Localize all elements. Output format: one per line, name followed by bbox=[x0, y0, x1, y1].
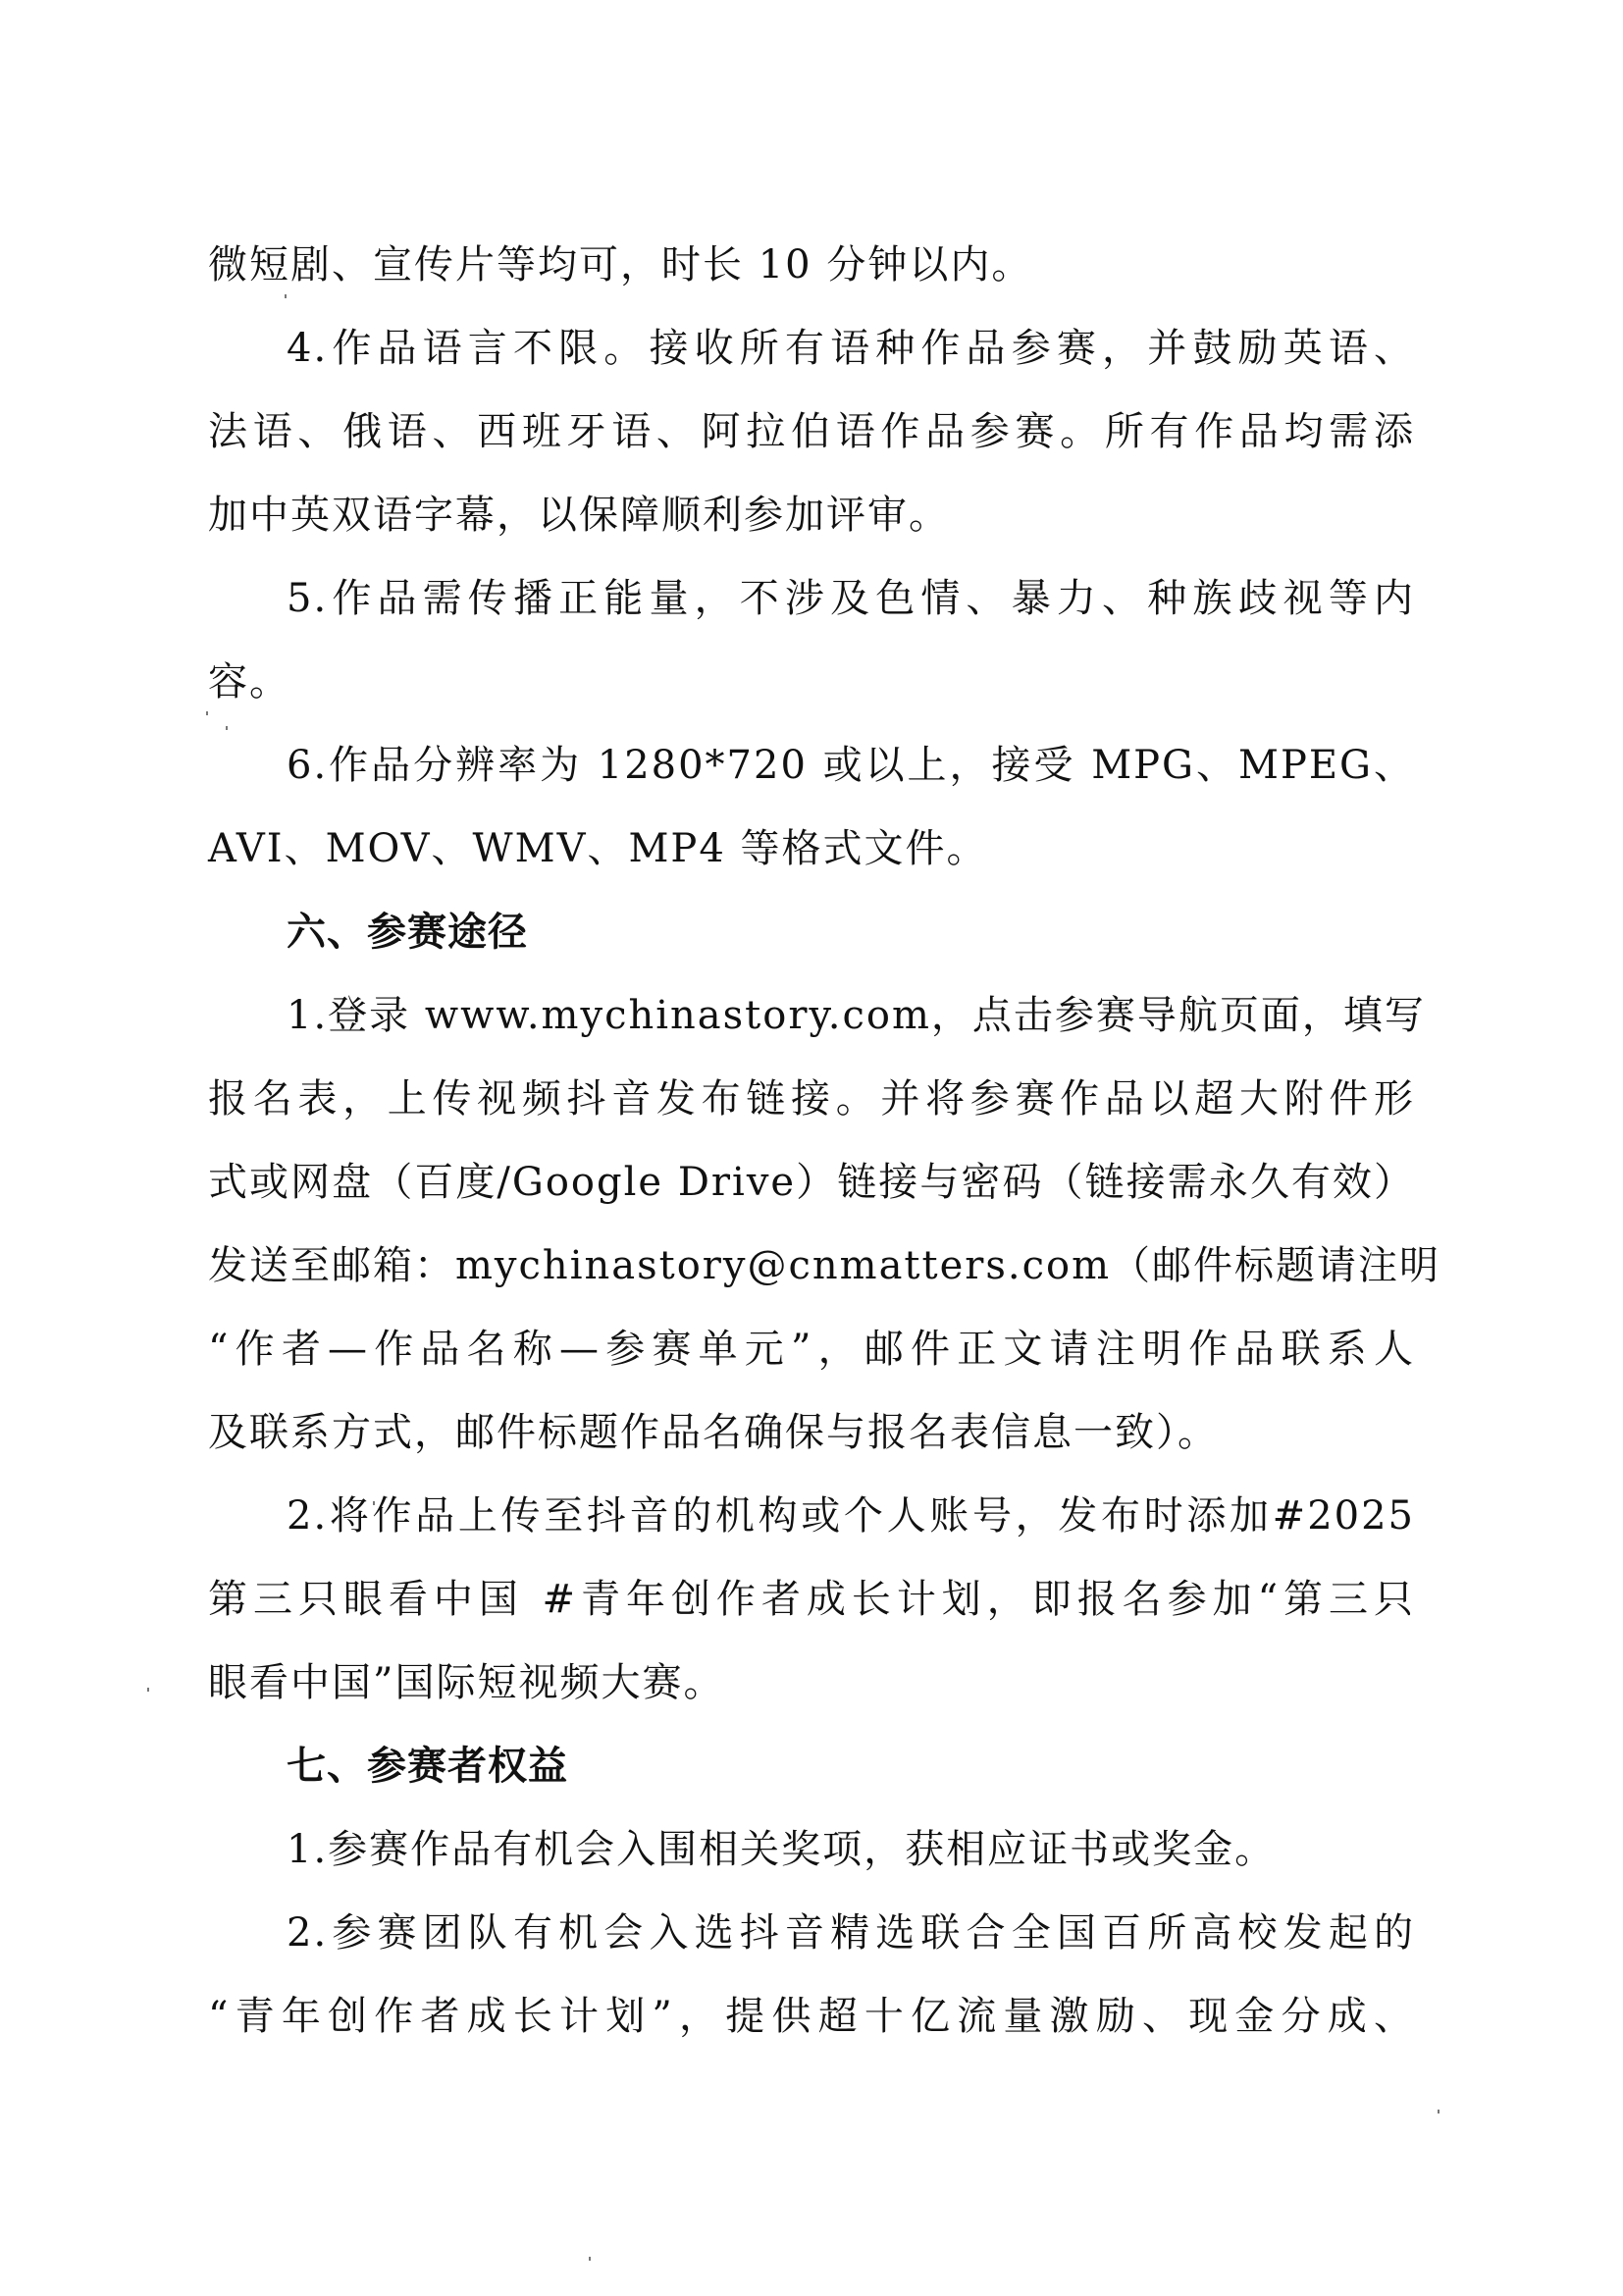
list-item-5-line-1: 5.作品需传播正能量，不涉及色情、暴力、种族歧视等内 bbox=[287, 573, 1415, 624]
participation-item-2-line-3: 眼看中国”国际短视频大赛。 bbox=[208, 1657, 1415, 1708]
list-item-5-line-2: 容。 bbox=[208, 656, 1415, 707]
participation-item-1-line-6: 及联系方式，邮件标题作品名确保与报名表信息一致）。 bbox=[208, 1407, 1415, 1458]
participation-item-1-line-5: “作者—作品名称—参赛单元”，邮件正文请注明作品联系人 bbox=[208, 1324, 1415, 1375]
section-heading-benefits: 七、参赛者权益 bbox=[287, 1741, 1493, 1792]
benefit-item-2-line-1: 2.参赛团队有机会入选抖音精选联合全国百所高校发起的 bbox=[287, 1907, 1415, 1958]
scan-speck bbox=[373, 1501, 375, 1505]
scan-speck bbox=[1438, 2110, 1440, 2113]
participation-item-2-line-1: 2.将作品上传至抖音的机构或个人账号，发布时添加#2025 bbox=[287, 1490, 1415, 1541]
document-page: 微短剧、宣传片等均可，时长 10 分钟以内。 4.作品语言不限。接收所有语种作品… bbox=[0, 0, 1623, 2296]
scan-speck bbox=[285, 294, 287, 298]
participation-item-1-line-1: 1.登录 www.mychinastory.com，点击参赛导航页面，填写 bbox=[287, 990, 1415, 1041]
list-item-6-line-2: AVI、MOV、WMV、MP4 等格式文件。 bbox=[208, 823, 1415, 874]
paragraph-line-continuation: 微短剧、宣传片等均可，时长 10 分钟以内。 bbox=[208, 239, 954, 290]
participation-item-2-line-2: 第三只眼看中国 #青年创作者成长计划，即报名参加“第三只 bbox=[208, 1574, 1415, 1625]
list-item-4-line-2: 法语、俄语、西班牙语、阿拉伯语作品参赛。所有作品均需添 bbox=[208, 406, 1415, 457]
section-heading-participation: 六、参赛途径 bbox=[287, 907, 1493, 958]
participation-item-1-line-2: 报名表，上传视频抖音发布链接。并将参赛作品以超大附件形 bbox=[208, 1073, 1415, 1124]
benefit-item-2-line-2: “青年创作者成长计划”，提供超十亿流量激励、现金分成、 bbox=[208, 1991, 1415, 2042]
scan-speck bbox=[589, 2257, 591, 2261]
participation-item-1-line-4: 发送至邮箱：mychinastory@cnmatters.com（邮件标题请注明 bbox=[208, 1240, 1415, 1291]
list-item-6-line-1: 6.作品分辨率为 1280*720 或以上，接受 MPG、MPEG、 bbox=[287, 740, 1415, 791]
scan-speck bbox=[147, 1688, 149, 1692]
scan-speck bbox=[226, 726, 228, 730]
list-item-4-line-1: 4.作品语言不限。接收所有语种作品参赛，并鼓励英语、 bbox=[287, 323, 1415, 374]
scan-speck bbox=[206, 711, 208, 715]
benefit-item-1: 1.参赛作品有机会入围相关奖项，获相应证书或奖金。 bbox=[287, 1824, 1493, 1875]
participation-item-1-line-3: 式或网盘（百度/Google Drive）链接与密码（链接需永久有效） bbox=[208, 1157, 1415, 1208]
list-item-4-line-3: 加中英双语字幕，以保障顺利参加评审。 bbox=[208, 490, 1415, 541]
